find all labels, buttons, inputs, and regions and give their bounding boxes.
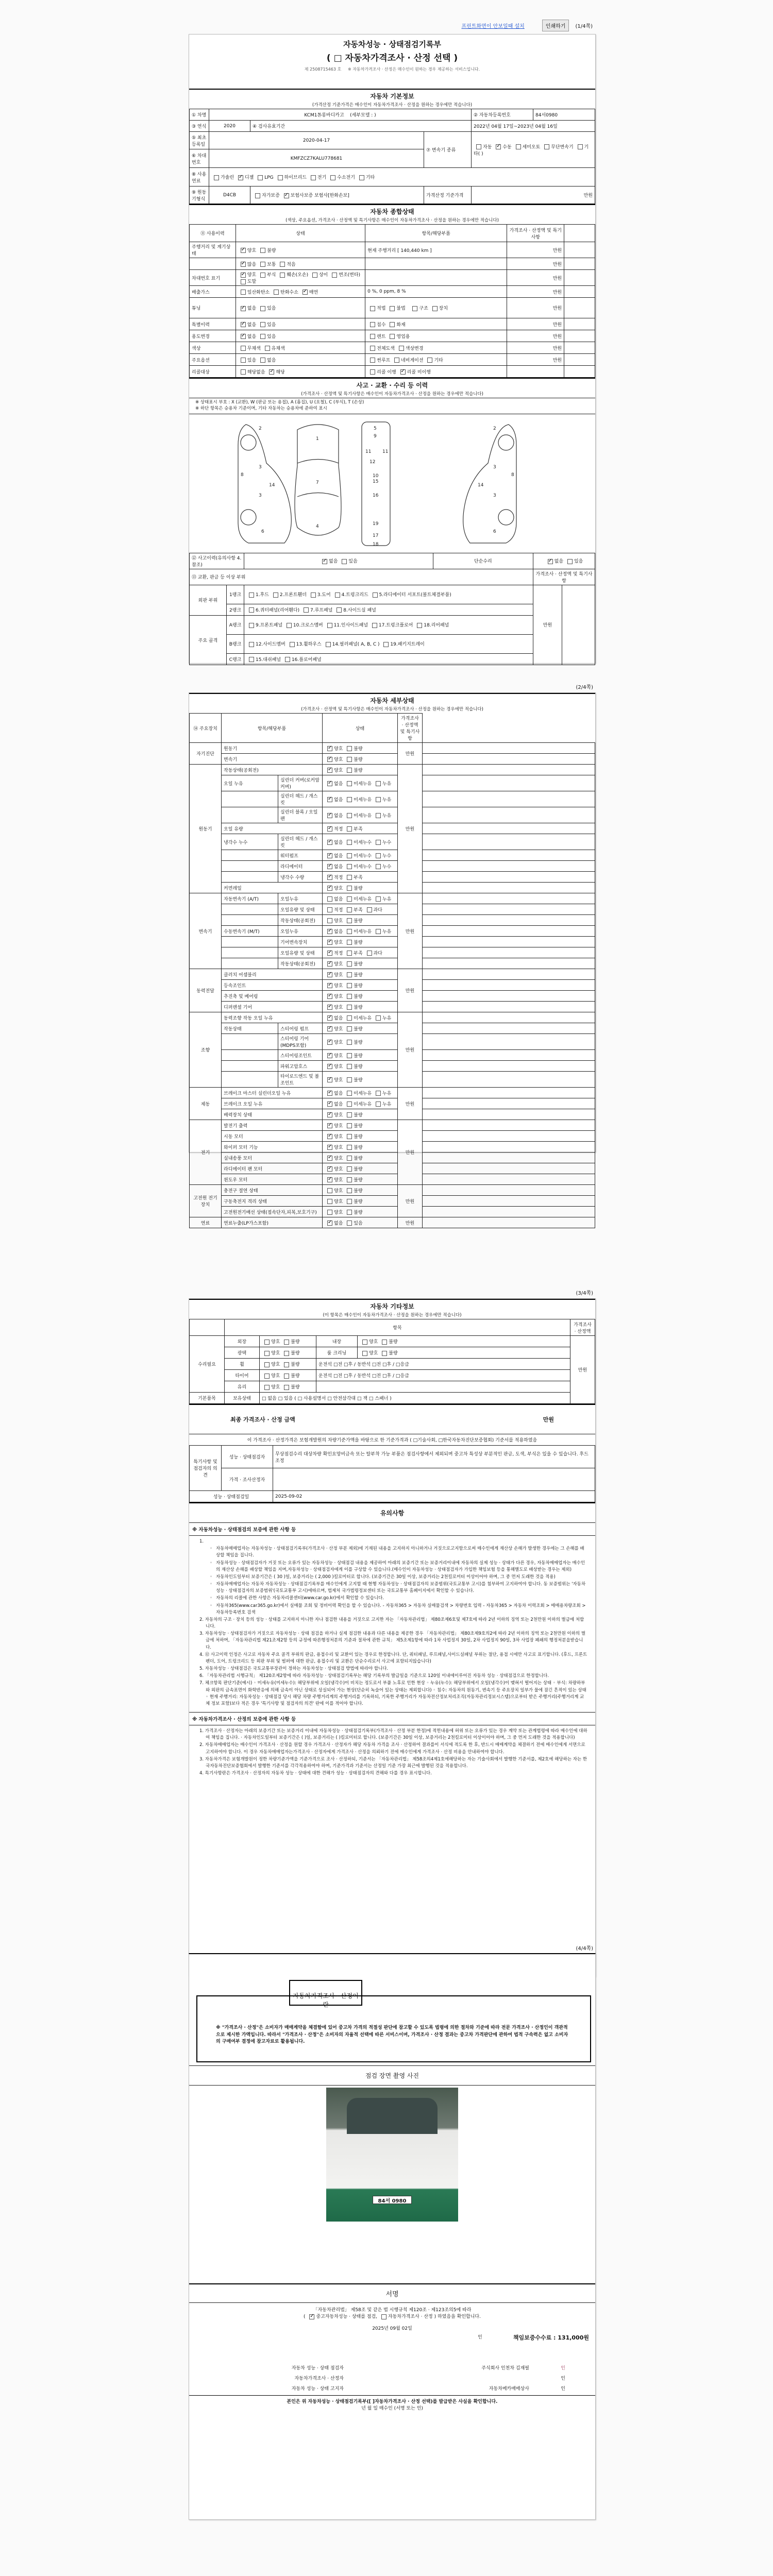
detail-row: 오일 유량적정 부족 bbox=[190, 823, 595, 834]
checkbox[interactable] bbox=[367, 951, 372, 956]
checkbox[interactable] bbox=[347, 875, 352, 880]
checkbox[interactable] bbox=[370, 322, 375, 327]
checkbox[interactable] bbox=[327, 1064, 332, 1069]
checkbox[interactable] bbox=[260, 334, 265, 339]
checkbox[interactable] bbox=[241, 279, 246, 284]
checkbox[interactable] bbox=[476, 144, 481, 149]
item-label: 오일 유량 bbox=[222, 823, 323, 834]
caution-item: 4. 특기사항란은 가격조사 · 산정자의 자동차 성능 · 상태에 대한 견해… bbox=[199, 1770, 588, 1777]
checkbox[interactable] bbox=[400, 369, 406, 375]
checkbox[interactable] bbox=[265, 346, 270, 351]
checkbox[interactable] bbox=[327, 951, 332, 956]
checkbox[interactable] bbox=[376, 797, 381, 802]
document-title: 자동차성능 · 상태점검기록부 bbox=[189, 39, 595, 49]
checkbox[interactable] bbox=[394, 358, 399, 363]
checkbox-label: 양호 bbox=[334, 919, 343, 924]
checkbox[interactable] bbox=[260, 306, 265, 311]
checkbox[interactable] bbox=[376, 896, 381, 902]
checkbox-label: 불량 bbox=[354, 1145, 362, 1150]
checkbox[interactable] bbox=[327, 972, 332, 977]
group-label: 제동 bbox=[190, 1088, 222, 1120]
detail-row: 시동 모터양호 불량 bbox=[190, 1131, 595, 1142]
item-label: 등속조인트 bbox=[222, 980, 323, 991]
checkbox[interactable] bbox=[241, 346, 246, 351]
price-label: 가격조사 · 산정액 및 특기사항 bbox=[533, 569, 595, 585]
checkbox[interactable] bbox=[284, 1340, 289, 1345]
warranty-fee: 책임보증수수료 : 131,000원 bbox=[513, 2333, 589, 2342]
checkbox[interactable] bbox=[327, 781, 332, 786]
checkbox[interactable] bbox=[264, 1385, 270, 1390]
checkbox[interactable] bbox=[376, 781, 381, 786]
checkbox[interactable] bbox=[214, 175, 219, 180]
checkbox[interactable] bbox=[264, 1362, 270, 1367]
checkbox[interactable] bbox=[249, 657, 254, 662]
checkbox[interactable] bbox=[327, 1156, 332, 1161]
checkbox[interactable] bbox=[278, 175, 283, 180]
checkbox[interactable] bbox=[260, 358, 265, 363]
checkbox[interactable] bbox=[264, 1351, 270, 1356]
checkbox[interactable] bbox=[399, 346, 404, 351]
checkbox[interactable] bbox=[347, 1134, 352, 1139]
svg-text:12: 12 bbox=[369, 460, 375, 465]
checkbox[interactable] bbox=[327, 983, 332, 988]
checkbox[interactable] bbox=[376, 813, 381, 818]
row-label: 주행거리 및 계기상태 bbox=[190, 242, 236, 258]
checkbox[interactable] bbox=[284, 193, 289, 198]
checkbox[interactable] bbox=[347, 994, 352, 999]
checkbox[interactable] bbox=[432, 306, 438, 311]
checkbox[interactable] bbox=[284, 1385, 289, 1390]
checkbox[interactable] bbox=[327, 864, 332, 869]
item-label bbox=[222, 791, 278, 807]
checkbox[interactable] bbox=[241, 369, 246, 375]
checkbox[interactable] bbox=[327, 896, 332, 902]
checkbox[interactable] bbox=[347, 1005, 352, 1010]
checkbox[interactable] bbox=[347, 983, 352, 988]
checkbox-label: 불량 bbox=[354, 1189, 362, 1194]
signer-name: 주식회사 인천차 김재필 bbox=[344, 2364, 529, 2371]
item-label: 고전원전기배선 상태(접속단자,피복,보호기구) bbox=[222, 1207, 323, 1217]
checkbox[interactable] bbox=[376, 1091, 381, 1096]
checkbox[interactable] bbox=[312, 273, 317, 278]
checkbox[interactable] bbox=[285, 657, 290, 662]
checkbox[interactable] bbox=[327, 1188, 332, 1193]
checkbox[interactable] bbox=[347, 951, 352, 956]
checkbox[interactable] bbox=[496, 144, 501, 149]
checkbox[interactable] bbox=[249, 642, 254, 647]
checkbox[interactable] bbox=[304, 607, 309, 613]
checkbox-label: 썬루프 bbox=[377, 358, 390, 363]
checkbox[interactable] bbox=[327, 1199, 332, 1204]
checkbox[interactable] bbox=[347, 797, 352, 802]
checkbox[interactable] bbox=[347, 1199, 352, 1204]
checkbox[interactable] bbox=[578, 144, 583, 149]
checkbox[interactable] bbox=[347, 972, 352, 977]
checkbox[interactable] bbox=[383, 642, 389, 647]
checkbox[interactable] bbox=[347, 1053, 352, 1058]
checkbox[interactable] bbox=[548, 559, 553, 564]
checkbox[interactable] bbox=[367, 907, 372, 912]
checkbox-label: 불량 bbox=[354, 1178, 362, 1183]
checkbox[interactable] bbox=[370, 346, 375, 351]
checkbox[interactable] bbox=[347, 940, 352, 945]
detail-row: 전기발전기 출력양호 불량만원 bbox=[190, 1120, 595, 1131]
checkbox[interactable] bbox=[327, 623, 332, 628]
checkbox[interactable] bbox=[390, 334, 395, 339]
checkbox[interactable] bbox=[327, 1123, 332, 1128]
item-label bbox=[222, 1061, 278, 1072]
service-notice: ※ 자동차가격조사 · 산정은 매수인이 원하는 경우 제공하는 서비스입니다. bbox=[348, 67, 480, 72]
checkbox[interactable] bbox=[376, 1101, 381, 1107]
section-title: 자동차 세부상태 bbox=[189, 696, 595, 705]
checkbox[interactable] bbox=[327, 1221, 332, 1226]
checkbox[interactable] bbox=[327, 1026, 332, 1031]
price-unit: 만원 bbox=[398, 1120, 423, 1185]
checkbox[interactable] bbox=[258, 175, 263, 180]
checkbox[interactable] bbox=[260, 262, 265, 267]
svg-text:3: 3 bbox=[259, 465, 262, 470]
item-label bbox=[222, 915, 278, 926]
checkbox[interactable] bbox=[303, 290, 308, 295]
checkbox[interactable] bbox=[327, 1005, 332, 1010]
checkbox[interactable] bbox=[327, 875, 332, 880]
checkbox[interactable] bbox=[274, 290, 279, 295]
checkbox[interactable] bbox=[347, 1064, 352, 1069]
checkbox[interactable] bbox=[347, 864, 352, 869]
checkbox[interactable] bbox=[322, 559, 327, 564]
checkbox[interactable] bbox=[362, 1340, 367, 1345]
checkbox[interactable] bbox=[390, 322, 395, 327]
checkbox[interactable] bbox=[327, 1101, 332, 1107]
sign-section: 서명 bbox=[189, 2283, 595, 2303]
checkbox[interactable] bbox=[327, 1112, 332, 1117]
checkbox[interactable] bbox=[255, 193, 260, 198]
price-basis: 이 가격조사 · 산정가격은 보험개발원의 차량기준가액을 바탕으로 한 기준가… bbox=[189, 1434, 595, 1445]
checkbox[interactable] bbox=[359, 175, 364, 180]
rank-label: C랭크 bbox=[227, 653, 244, 665]
valid-label: ④ 검사유효기간 bbox=[250, 121, 472, 132]
checkbox[interactable] bbox=[327, 853, 332, 858]
checkbox-label: 불량 bbox=[354, 886, 362, 891]
checkbox[interactable] bbox=[238, 175, 243, 180]
first-registration: 2020-04-17 bbox=[209, 132, 424, 149]
checkbox[interactable] bbox=[241, 358, 246, 363]
checkbox[interactable] bbox=[327, 768, 332, 773]
checkbox[interactable] bbox=[347, 1091, 352, 1096]
checkbox[interactable] bbox=[347, 918, 352, 923]
page-number: (3/4쪽) bbox=[576, 1289, 593, 1296]
checkbox[interactable] bbox=[327, 1015, 332, 1021]
checkbox[interactable] bbox=[376, 1015, 381, 1021]
caution-item: 7. 체크항목 판단기준(예시) ◦ 미세누유(미세누수): 해당부위에 오일(… bbox=[199, 1680, 588, 1707]
checkbox[interactable] bbox=[327, 813, 332, 818]
seal: 인 bbox=[478, 2333, 482, 2342]
checkbox[interactable] bbox=[544, 144, 549, 149]
item-label: 라디에이터 팬 모터 bbox=[222, 1163, 323, 1174]
checkbox-label: 있음 bbox=[267, 334, 276, 340]
checkbox-label: 기타 bbox=[366, 175, 375, 180]
detail-row: 추진축 및 베어링양호 불량 bbox=[190, 991, 595, 1002]
checkbox-label: 해당 bbox=[276, 370, 284, 375]
checkbox[interactable] bbox=[327, 757, 332, 762]
checkbox[interactable] bbox=[347, 1015, 352, 1021]
sub-item-label: 실린더 헤드 / 개스킷 bbox=[278, 834, 323, 850]
checkbox[interactable] bbox=[372, 623, 377, 628]
price-unit: 만원 bbox=[570, 1336, 595, 1404]
column-header: 가격조사 · 산정액 및 특기사항 bbox=[507, 225, 564, 242]
checkbox[interactable] bbox=[347, 1188, 352, 1193]
checkbox[interactable] bbox=[567, 559, 573, 564]
checkbox-label: 불량 bbox=[354, 1027, 362, 1032]
checkbox[interactable] bbox=[260, 248, 265, 253]
signer-row: 자동차 성능 · 상태 점검자주식회사 인천차 김재필인 bbox=[189, 2362, 595, 2372]
sub-item-label: 라디에이터 bbox=[278, 861, 323, 872]
checkbox[interactable] bbox=[327, 1177, 332, 1182]
checkbox[interactable] bbox=[264, 1374, 270, 1379]
checkbox[interactable] bbox=[241, 262, 246, 267]
checkbox-label: 불량 bbox=[354, 984, 362, 989]
checkbox[interactable] bbox=[412, 306, 417, 311]
caution-item: 6. 「자동차관리법 시행규칙」 제120조제2항에 따라 자동차성능 · 상태… bbox=[199, 1673, 588, 1680]
item-label: 휠 bbox=[225, 1359, 260, 1370]
checkbox[interactable] bbox=[273, 592, 278, 598]
checkbox-label: 양호 bbox=[334, 1134, 343, 1140]
checkbox[interactable] bbox=[327, 797, 332, 802]
checkbox[interactable] bbox=[260, 273, 265, 278]
checkbox[interactable] bbox=[249, 623, 254, 628]
checkbox[interactable] bbox=[264, 1340, 270, 1345]
checkbox[interactable] bbox=[417, 623, 422, 628]
checkbox[interactable] bbox=[241, 290, 246, 295]
svg-text:8: 8 bbox=[241, 472, 244, 478]
checkbox[interactable] bbox=[327, 1210, 332, 1215]
checkbox-label: 양호 bbox=[334, 747, 343, 752]
detail-row: 고전원전기배선 상태(접속단자,피복,보호기구)양호 불량 bbox=[190, 1207, 595, 1217]
checkbox[interactable] bbox=[327, 1166, 332, 1172]
checkbox[interactable] bbox=[332, 273, 337, 278]
checkbox[interactable] bbox=[373, 592, 378, 598]
checkbox[interactable] bbox=[284, 1351, 289, 1356]
install-print-link[interactable]: 프린트화면이 안보일때 설치 bbox=[462, 22, 525, 29]
checkbox-label: 불량 bbox=[354, 1167, 362, 1172]
item-label bbox=[222, 1034, 278, 1050]
checkbox-label: 미세누유 bbox=[354, 814, 372, 819]
checkbox[interactable] bbox=[347, 907, 352, 912]
row-label: 주요옵션 bbox=[190, 354, 236, 366]
checkbox[interactable] bbox=[347, 1166, 352, 1172]
checkbox[interactable] bbox=[347, 853, 352, 858]
checkbox[interactable] bbox=[327, 746, 332, 751]
checkbox[interactable] bbox=[311, 175, 316, 180]
checkbox-label: 미세누유 bbox=[354, 798, 372, 803]
checkbox-label: 적정 bbox=[334, 951, 343, 956]
warranty-options: 자가보증 보험사보증 보험사[한화손보] bbox=[250, 187, 424, 204]
detail-row: 커먼레일양호 불량 bbox=[190, 883, 595, 893]
checkbox[interactable] bbox=[347, 1145, 352, 1150]
checkbox[interactable] bbox=[347, 896, 352, 902]
checkbox[interactable] bbox=[327, 1077, 332, 1082]
checkbox[interactable] bbox=[370, 306, 375, 311]
checkbox[interactable] bbox=[326, 642, 331, 647]
checkbox-label: 과다 bbox=[374, 951, 382, 956]
checkbox[interactable] bbox=[327, 840, 332, 845]
svg-text:14: 14 bbox=[478, 483, 484, 488]
detail-row: 실린더 블록 / 오일팬없음 미세누유 누유 bbox=[190, 807, 595, 823]
sub-item-label: 냉각수 수량 bbox=[278, 872, 323, 883]
checkbox-label: 미세누유 bbox=[354, 1091, 372, 1096]
checkbox[interactable] bbox=[327, 994, 332, 999]
checkbox[interactable] bbox=[327, 929, 332, 934]
checkbox[interactable] bbox=[330, 175, 335, 180]
checkbox[interactable] bbox=[249, 592, 254, 598]
checkbox[interactable] bbox=[335, 592, 340, 598]
row-label: 차대번호 표기 bbox=[190, 270, 236, 286]
detail-row: 와이퍼 모터 기능양호 불량 bbox=[190, 1142, 595, 1153]
checkbox-label: 없음 bbox=[267, 358, 276, 363]
checkbox[interactable] bbox=[327, 1040, 332, 1045]
item-label: 실내송풍 모터 bbox=[222, 1153, 323, 1163]
checkbox-label: 부족 bbox=[354, 827, 362, 832]
checkbox-label: 무채색 bbox=[247, 346, 261, 351]
item-label: 충전구 절연 상태 bbox=[222, 1185, 323, 1196]
checkbox-label: 불량 bbox=[354, 1134, 362, 1140]
checkbox-label: 미세누유 bbox=[354, 1016, 372, 1021]
checkbox[interactable] bbox=[347, 929, 352, 934]
sub-item-label: 작동상태(공회전) bbox=[278, 958, 323, 969]
checkbox[interactable] bbox=[311, 592, 316, 598]
checkbox[interactable] bbox=[347, 1177, 352, 1182]
svg-text:5: 5 bbox=[374, 426, 377, 431]
checkbox[interactable] bbox=[347, 1040, 352, 1045]
checkbox[interactable] bbox=[376, 840, 381, 845]
checkbox[interactable] bbox=[327, 1145, 332, 1150]
checkbox[interactable] bbox=[342, 559, 347, 564]
checkbox[interactable] bbox=[347, 961, 352, 967]
checkbox[interactable] bbox=[290, 642, 295, 647]
checkbox[interactable] bbox=[249, 607, 254, 613]
checkbox-inspection[interactable] bbox=[309, 2314, 314, 2319]
checkbox[interactable] bbox=[327, 886, 332, 891]
checkbox[interactable] bbox=[241, 306, 246, 311]
checkbox[interactable] bbox=[327, 1053, 332, 1058]
checkbox[interactable] bbox=[370, 369, 375, 375]
checkbox[interactable] bbox=[284, 1362, 289, 1367]
checkbox[interactable] bbox=[347, 1123, 352, 1128]
checkbox[interactable] bbox=[241, 322, 246, 327]
checkbox[interactable] bbox=[347, 813, 352, 818]
checkbox[interactable] bbox=[370, 334, 375, 339]
checkbox[interactable] bbox=[327, 1134, 332, 1139]
checkbox[interactable] bbox=[284, 1374, 289, 1379]
checkbox-label: 불량 bbox=[354, 1113, 362, 1118]
checkbox[interactable] bbox=[390, 306, 395, 311]
section-subtitle: (색상, 주요옵션, 가격조사 · 산정액 및 특기사항은 매수인이 자동차가격… bbox=[189, 217, 595, 223]
checkbox[interactable] bbox=[347, 1210, 352, 1215]
checkbox[interactable] bbox=[287, 623, 292, 628]
checkbox[interactable] bbox=[347, 1077, 352, 1082]
group-label: 외판 부위 bbox=[190, 585, 227, 615]
checkbox[interactable] bbox=[269, 369, 274, 375]
status-row: 리콜대상해당없음 해당리콜 이행 리콜 미이행 bbox=[190, 366, 595, 378]
checkbox[interactable] bbox=[376, 929, 381, 934]
side-view-left: 2338146 bbox=[238, 425, 291, 543]
group-label: 동력전달 bbox=[190, 969, 222, 1012]
checkbox[interactable] bbox=[347, 1221, 352, 1226]
checkbox[interactable] bbox=[347, 1026, 352, 1031]
checkbox[interactable] bbox=[376, 853, 381, 858]
checkbox[interactable] bbox=[382, 1340, 387, 1345]
checkbox[interactable] bbox=[327, 1091, 332, 1096]
caution-item: 2. 자동차매매업자는 매수인이 가격조사 · 산정을 원할 경우 가격조사 ·… bbox=[199, 1742, 588, 1755]
checkbox[interactable] bbox=[347, 781, 352, 786]
checkbox-label: 적정 bbox=[334, 908, 343, 913]
checkbox-label: 훼손(오손) bbox=[287, 273, 308, 278]
checkbox[interactable] bbox=[347, 1101, 352, 1107]
checkbox[interactable] bbox=[241, 248, 246, 253]
checkbox-pricing[interactable] bbox=[381, 2314, 386, 2319]
checkbox[interactable] bbox=[347, 826, 352, 832]
checkbox[interactable] bbox=[347, 768, 352, 773]
checkbox[interactable] bbox=[382, 1351, 387, 1356]
checkbox[interactable] bbox=[516, 144, 521, 149]
checkbox[interactable] bbox=[280, 273, 285, 278]
checkbox-label: 없음 bbox=[334, 798, 343, 803]
price-unit bbox=[507, 366, 564, 378]
checkbox[interactable] bbox=[241, 334, 246, 339]
checkbox[interactable] bbox=[327, 918, 332, 923]
checkbox[interactable] bbox=[376, 864, 381, 869]
checkbox[interactable] bbox=[327, 940, 332, 945]
checkbox[interactable] bbox=[241, 273, 246, 278]
checkbox[interactable] bbox=[427, 358, 432, 363]
checkbox-label: 자동 bbox=[483, 145, 492, 150]
item-label: 클러치 어셈블리 bbox=[222, 969, 323, 980]
checkbox-label: 양호 bbox=[334, 768, 343, 773]
checkbox[interactable] bbox=[347, 1156, 352, 1161]
final-price-label: 최종 가격조사 · 산정 금액 bbox=[230, 1415, 295, 1423]
overall-section: 자동차 종합상태(색상, 주요옵션, 가격조사 · 산정액 및 특기사항은 매수… bbox=[189, 204, 595, 224]
checkbox[interactable] bbox=[347, 886, 352, 891]
sub-item-label: 작동상태(공회전) bbox=[278, 915, 323, 926]
checkbox-label: 세미오토 bbox=[523, 145, 541, 150]
checkbox[interactable] bbox=[362, 1351, 367, 1356]
price-unit: 만원 bbox=[398, 1217, 423, 1228]
checkbox[interactable] bbox=[327, 907, 332, 912]
accident-section: 사고 · 교환 · 수리 등 이력(가격조사 · 산정액 및 특기사항은 매수인… bbox=[189, 378, 595, 398]
checkbox[interactable] bbox=[260, 322, 265, 327]
model-year: 2020 bbox=[209, 121, 250, 132]
caution-item: 자동차인도일부터 보증기간은 ( 30 )일, 보증거리는 ( 2,000 )킬… bbox=[199, 1574, 588, 1581]
signers: 자동차 성능 · 상태 점검자주식회사 인천차 김재필인자동차가격조사 · 산정… bbox=[189, 2362, 595, 2393]
checkbox[interactable] bbox=[347, 746, 352, 751]
detail-row: 연료연료누출(LP가스포함)없음 있음만원 bbox=[190, 1217, 595, 1228]
checkbox[interactable] bbox=[370, 358, 375, 363]
checkbox[interactable] bbox=[337, 607, 342, 613]
detail-status-table: ⑭ 주요장치항목/해당부품상태가격조사 · 산정액 및 특기사항자기진단원동기양… bbox=[189, 713, 595, 1228]
checkbox-label: 없음 bbox=[334, 865, 343, 870]
checkbox[interactable] bbox=[347, 840, 352, 845]
checkbox[interactable] bbox=[327, 961, 332, 967]
checkbox-label: 누유 bbox=[382, 1016, 391, 1021]
item-label: 디퍼렌셜 기어 bbox=[222, 1002, 323, 1012]
checkbox[interactable] bbox=[327, 826, 332, 832]
price-info-box: 자동차가격조사 · 산정이란 ※ "가격조사 · 산정"은 소비자가 매매계약을… bbox=[196, 1995, 591, 2062]
checkbox[interactable] bbox=[347, 1112, 352, 1117]
print-button[interactable]: 인쇄하기 bbox=[542, 20, 569, 31]
checkbox[interactable] bbox=[280, 262, 285, 267]
item-label: 원동기 bbox=[222, 743, 323, 754]
checkbox[interactable] bbox=[347, 757, 352, 762]
